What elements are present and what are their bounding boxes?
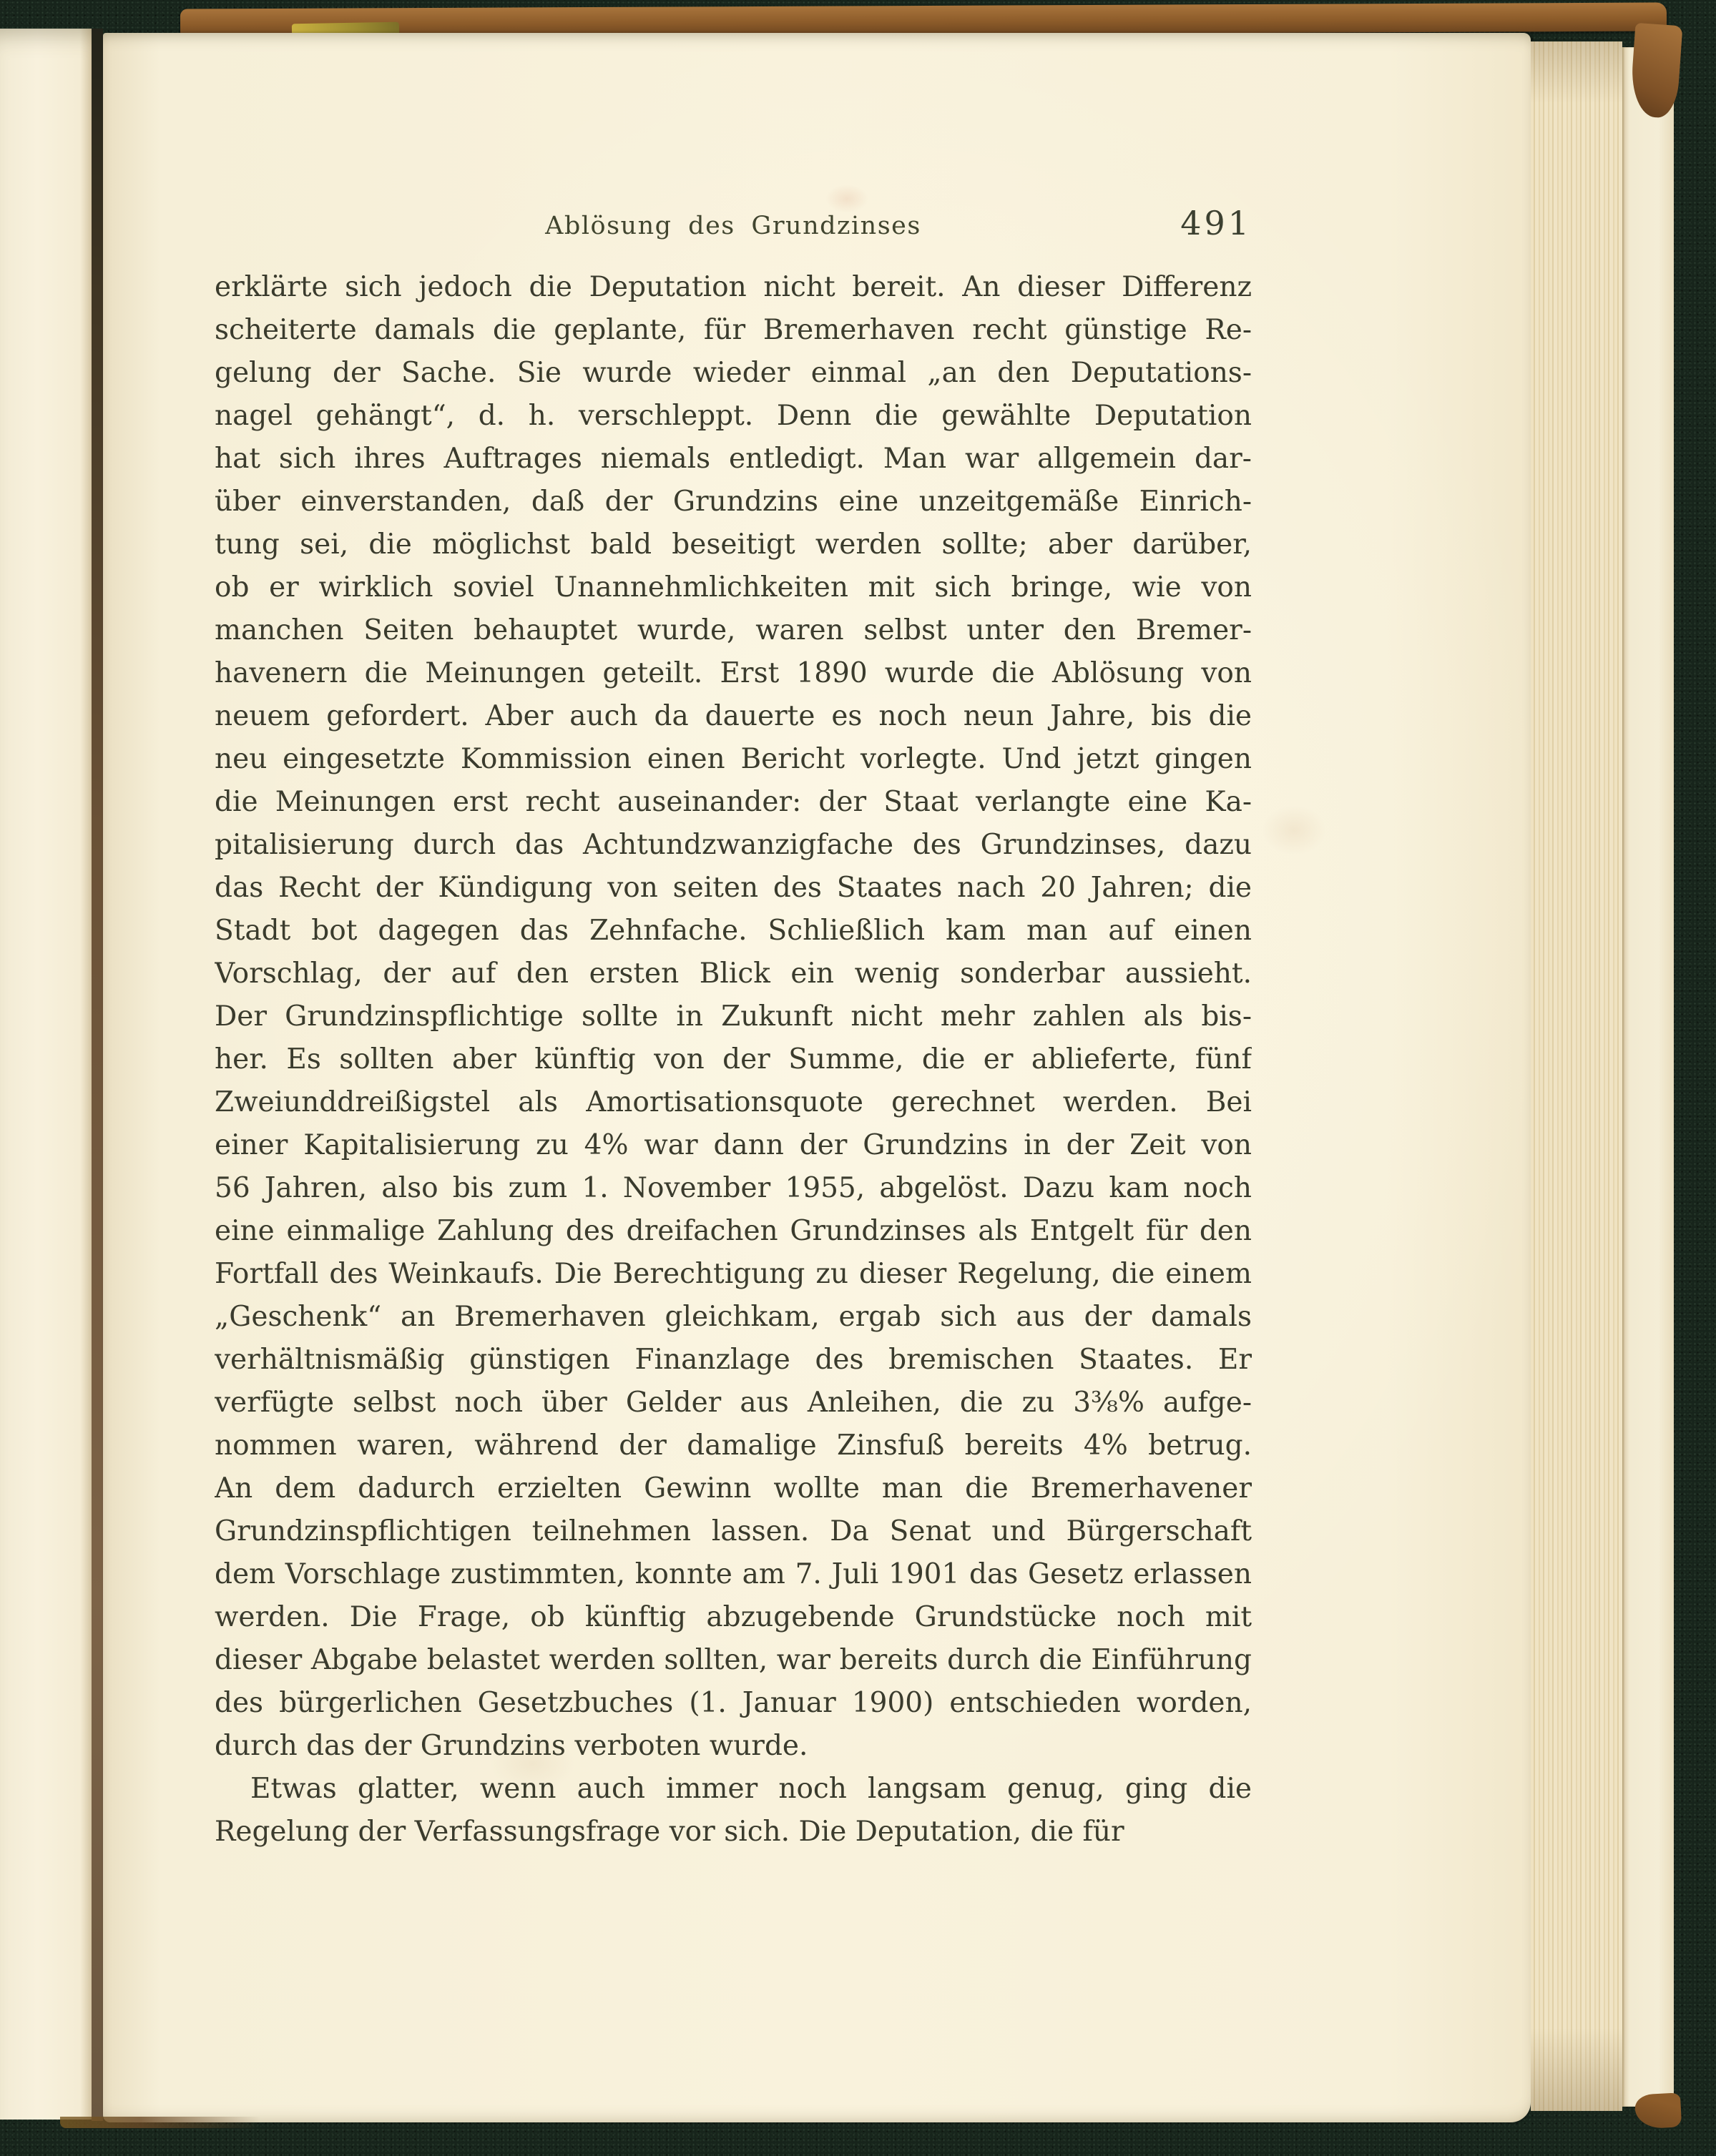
text-line: dieser Abgabe belastet werden sollten, w… [215,1639,1252,1682]
text-line: ob er wirklich soviel Unannehmlichkeiten… [215,566,1252,609]
text-line: 56 Jahren, also bis zum 1. November 1955… [215,1167,1252,1210]
text-line: Etwas glatter, wenn auch immer noch lang… [215,1768,1252,1811]
text-line: Grundzinspflichtigen teilnehmen lassen. … [215,1510,1252,1553]
text-line: neu eingesetzte Kommission einen Bericht… [215,738,1252,781]
outer-page-rough-edge [1622,47,1674,2107]
text-line: nommen waren, während der damalige Zinsf… [215,1424,1252,1467]
text-line: scheiterte damals die geplante, für Brem… [215,309,1252,352]
text-line: erklärte sich jedoch die Deputation nich… [215,266,1252,309]
text-line: einer Kapitalisierung zu 4% war dann der… [215,1124,1252,1167]
text-line: eine einmalige Zahlung des dreifachen Gr… [215,1210,1252,1253]
text-line: her. Es sollten aber künftig von der Sum… [215,1038,1252,1081]
page-number: 491 [1180,207,1252,239]
text-line: über einverstanden, daß der Grundzins ei… [215,481,1252,523]
page-content: Ablösung des Grundzinses 491 erklärte si… [215,33,1252,1854]
paragraph: erklärte sich jedoch die Deputation nich… [215,266,1252,1768]
text-line: Fortfall des Weinkaufs. Die Berechtigung… [215,1253,1252,1296]
book-page: Ablösung des Grundzinses 491 erklärte si… [103,33,1531,2122]
text-line: dem Vorschlage zustimmten, konnte am 7. … [215,1553,1252,1596]
text-line: Regelung der Verfassungsfrage vor sich. … [215,1811,1252,1854]
text-line: werden. Die Frage, ob künftig abzugebend… [215,1596,1252,1639]
text-line: das Recht der Kündigung von seiten des S… [215,867,1252,910]
text-line: des bürgerlichen Gesetzbuches (1. Januar… [215,1682,1252,1725]
text-line: durch das der Grundzins verboten wurde. [215,1725,1252,1768]
text-line: Stadt bot dagegen das Zehnfache. Schließ… [215,910,1252,953]
facing-page-edge [0,29,93,2120]
text-line: die Meinungen erst recht auseinander: de… [215,781,1252,824]
text-line: Zweiunddreißigstel als Amortisationsquot… [215,1081,1252,1124]
text-line: „Geschenk“ an Bremerhaven gleichkam, erg… [215,1296,1252,1339]
text-line: verhältnismäßig günstigen Finanzlage des… [215,1339,1252,1382]
leather-edge-bottom-left [60,2117,260,2128]
binding-gutter [92,29,103,2121]
text-line: Der Grundzinspflichtige sollte in Zukunf… [215,995,1252,1038]
running-head: Ablösung des Grundzinses 491 [215,210,1252,243]
text-line: hat sich ihres Auftrages niemals entledi… [215,438,1252,481]
text-line: Vorschlag, der auf den ersten Blick ein … [215,953,1252,995]
text-line: verfügte selbst noch über Gelder aus Anl… [215,1382,1252,1424]
text-line: havenern die Meinungen geteilt. Erst 189… [215,652,1252,695]
text-line: neuem gefordert. Aber auch da dauerte es… [215,695,1252,738]
text-line: An dem dadurch erzielten Gewinn wollte m… [215,1467,1252,1510]
text-line: manchen Seiten behauptet wurde, waren se… [215,609,1252,652]
text-block: erklärte sich jedoch die Deputation nich… [215,266,1252,1854]
paper-stain [1262,805,1326,855]
text-line: pitalisierung durch das Achtundzwanzigfa… [215,824,1252,867]
text-line: nagel gehängt“, d. h. verschleppt. Denn … [215,395,1252,438]
chapter-title: Ablösung des Grundzinses [545,212,921,240]
paragraph: Etwas glatter, wenn auch immer noch lang… [215,1768,1252,1854]
text-line: gelung der Sache. Sie wurde wieder einma… [215,352,1252,395]
page-stack-fore-edge [1531,41,1622,2111]
text-line: tung sei, die möglichst bald beseitigt w… [215,523,1252,566]
